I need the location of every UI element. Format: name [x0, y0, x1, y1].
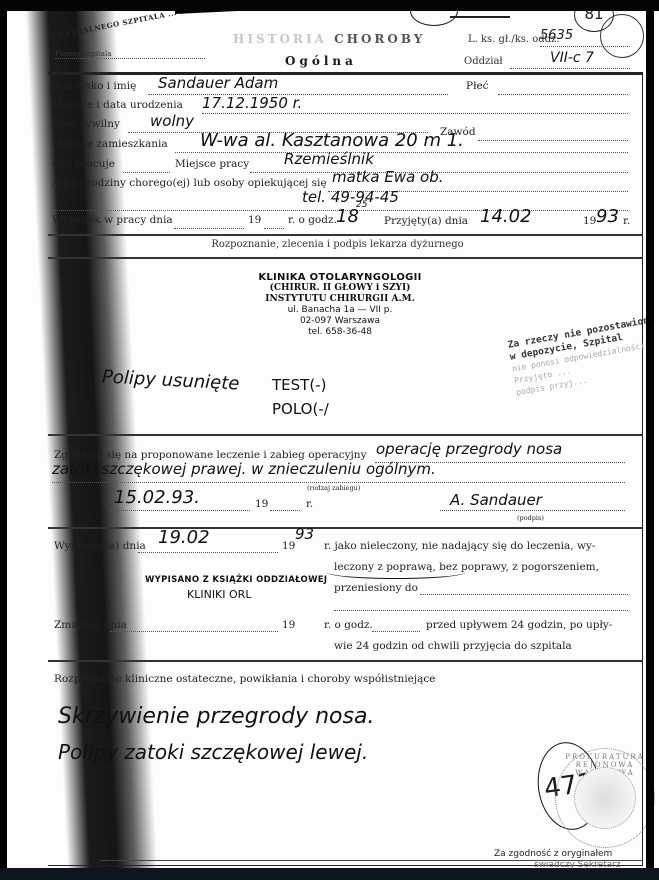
family-label: Adres rodziny chorego(ej) lub osoby opie… — [52, 177, 327, 189]
circled-annotation-right — [600, 14, 644, 58]
scan-left-edge — [0, 0, 7, 880]
scan-bottom-edge — [0, 868, 659, 880]
oddzial-line — [510, 68, 630, 69]
address-value: W-wa al. Kasztanowa 20 m 1. — [200, 130, 464, 151]
patient-signature: A. Sandauer — [450, 491, 542, 509]
consent-value-1: operację przegrody nosa — [376, 440, 562, 458]
accident-minutes: 25 — [356, 200, 367, 210]
consent-year-suffix: r. — [306, 498, 313, 510]
occupation-line — [478, 140, 628, 141]
divider — [48, 527, 643, 529]
workplace-label: Miejsce pracy — [175, 158, 249, 170]
signature-line — [440, 510, 625, 511]
consent-value-2: zatoki szczękowej prawej. w znieczuleniu… — [52, 460, 436, 478]
divider — [48, 234, 643, 236]
death-date-line — [110, 631, 278, 632]
name-label: Nazwisko i imię — [52, 80, 136, 92]
accident-label: Wypadek w pracy dnia — [52, 214, 173, 226]
stamp-line — [55, 58, 205, 59]
oddzial-label: Oddział — [464, 56, 503, 67]
birth-value: 17.12.1950 r. — [202, 94, 302, 112]
discharge-year: 93 — [295, 525, 314, 543]
birth-line — [202, 113, 628, 114]
divider — [48, 257, 643, 259]
procedure-type-label: (rodzaj zabiegu) — [307, 484, 360, 492]
scan-right-edge — [646, 8, 654, 880]
marital-value: wolny — [150, 112, 194, 130]
admitted-label: Przyjęty(a) dnia — [384, 215, 468, 227]
consent-year-prefix: 19 — [255, 498, 268, 510]
name-value: Sandauer Adam — [158, 74, 278, 92]
final-diagnosis-1: Skrzywienie przegrody nosa. — [58, 704, 374, 729]
discharge-stamp-clinic: KLINIKI ORL — [187, 588, 251, 601]
consent-year-line — [270, 510, 300, 511]
death-year-prefix: 19 — [282, 619, 295, 631]
accident-year: 19 — [248, 214, 261, 226]
accident-hour-label: r. o godz. — [288, 214, 337, 226]
final-diagnosis-2: Polipy zatoki szczękowej lewej. — [58, 740, 368, 764]
sex-line — [498, 94, 628, 95]
discharge-label: Wypisany(a) dnia — [54, 540, 146, 552]
birth-label: Miejsce i data urodzenia — [52, 99, 183, 111]
death-hour-line — [372, 631, 420, 632]
accident-year-line — [264, 228, 284, 229]
family-phone: tel. 49-94-45 — [302, 188, 399, 206]
discharge-stamp: WYPISANO Z KSIĄŻKI ODDZIAŁOWEJ — [145, 575, 327, 585]
admitted-suffix: r. — [623, 215, 630, 227]
transfer-line-2 — [334, 610, 628, 611]
final-diagnosis-label: Rozpoznanie kliniczne ostateczne, powikł… — [54, 673, 436, 685]
discharge-year-prefix: 19 — [282, 540, 295, 552]
divider — [48, 660, 643, 662]
discharge-date-line — [138, 552, 278, 553]
document-title: HISTORIA CHOROBY — [233, 32, 425, 46]
scanned-document: CENTRALNEGO SZPITALA ... ul. Banacha Pie… — [0, 0, 659, 880]
test-result-2: POLO(-/ — [272, 400, 329, 418]
hospital-stamp-label: Pieczęć szpitala — [55, 50, 111, 58]
transfer-line — [420, 594, 628, 595]
divider — [48, 434, 643, 436]
works-line — [123, 172, 170, 173]
scribble-annotation — [450, 16, 510, 18]
discharge-text-1: r. jako nieleczony, nie nadający się do … — [324, 540, 595, 552]
oddzial-value: VII-c 7 — [550, 50, 594, 66]
admitted-value: 14.02 — [480, 206, 532, 227]
handwritten-underline — [326, 565, 466, 579]
death-label: Zmarł(a) dnia — [54, 619, 127, 631]
diagnosis-header: Rozpoznanie, zlecenia i podpis lekarza d… — [40, 239, 635, 250]
sex-label: Płeć — [466, 80, 489, 92]
signature-label: (podpis) — [517, 514, 544, 522]
consent-date-line — [110, 510, 250, 511]
eagle-emblem-icon — [574, 767, 636, 829]
marital-label: Stan cywilny — [52, 118, 120, 130]
official-seal: PROKURATURA REJONOWA WARSZAWA — [555, 748, 655, 848]
address-label: Miejsce zamieszkania — [52, 138, 168, 150]
ks-value: 5635 — [540, 28, 573, 43]
family-value: matka Ewa ob. — [332, 168, 444, 186]
death-text-3: wie 24 godzin od chwili przyjęcia do szp… — [334, 640, 572, 652]
clinic-stamp: KLINIKA OTOLARYNGOLOGII (CHIRUR. II GŁOW… — [190, 272, 490, 338]
consent-date: 15.02.93. — [114, 487, 200, 508]
certification-line-1: Za zgodność z oryginałem — [494, 849, 612, 859]
admitted-year-prefix: 19 — [583, 215, 596, 227]
address-line — [175, 152, 628, 153]
ks-line — [540, 46, 630, 47]
works-label: Czy pracuje — [52, 158, 115, 170]
test-result-1: TEST(-) — [272, 376, 326, 394]
death-text-1: r. o godz. — [324, 619, 373, 631]
admitted-year: 93 — [596, 206, 619, 227]
discharge-text-3: przeniesiony do — [334, 582, 418, 594]
death-text-2: przed upływem 24 godzin, po upły- — [426, 619, 612, 631]
accident-date-line — [174, 228, 244, 229]
consent-line-2 — [52, 482, 625, 483]
medical-record-page: CENTRALNEGO SZPITALA ... ul. Banacha Pie… — [40, 10, 640, 870]
document-subtitle: Ogólna — [285, 54, 357, 68]
discharge-date: 19.02 — [158, 527, 210, 548]
workplace-value: Rzemieślnik — [284, 150, 374, 168]
